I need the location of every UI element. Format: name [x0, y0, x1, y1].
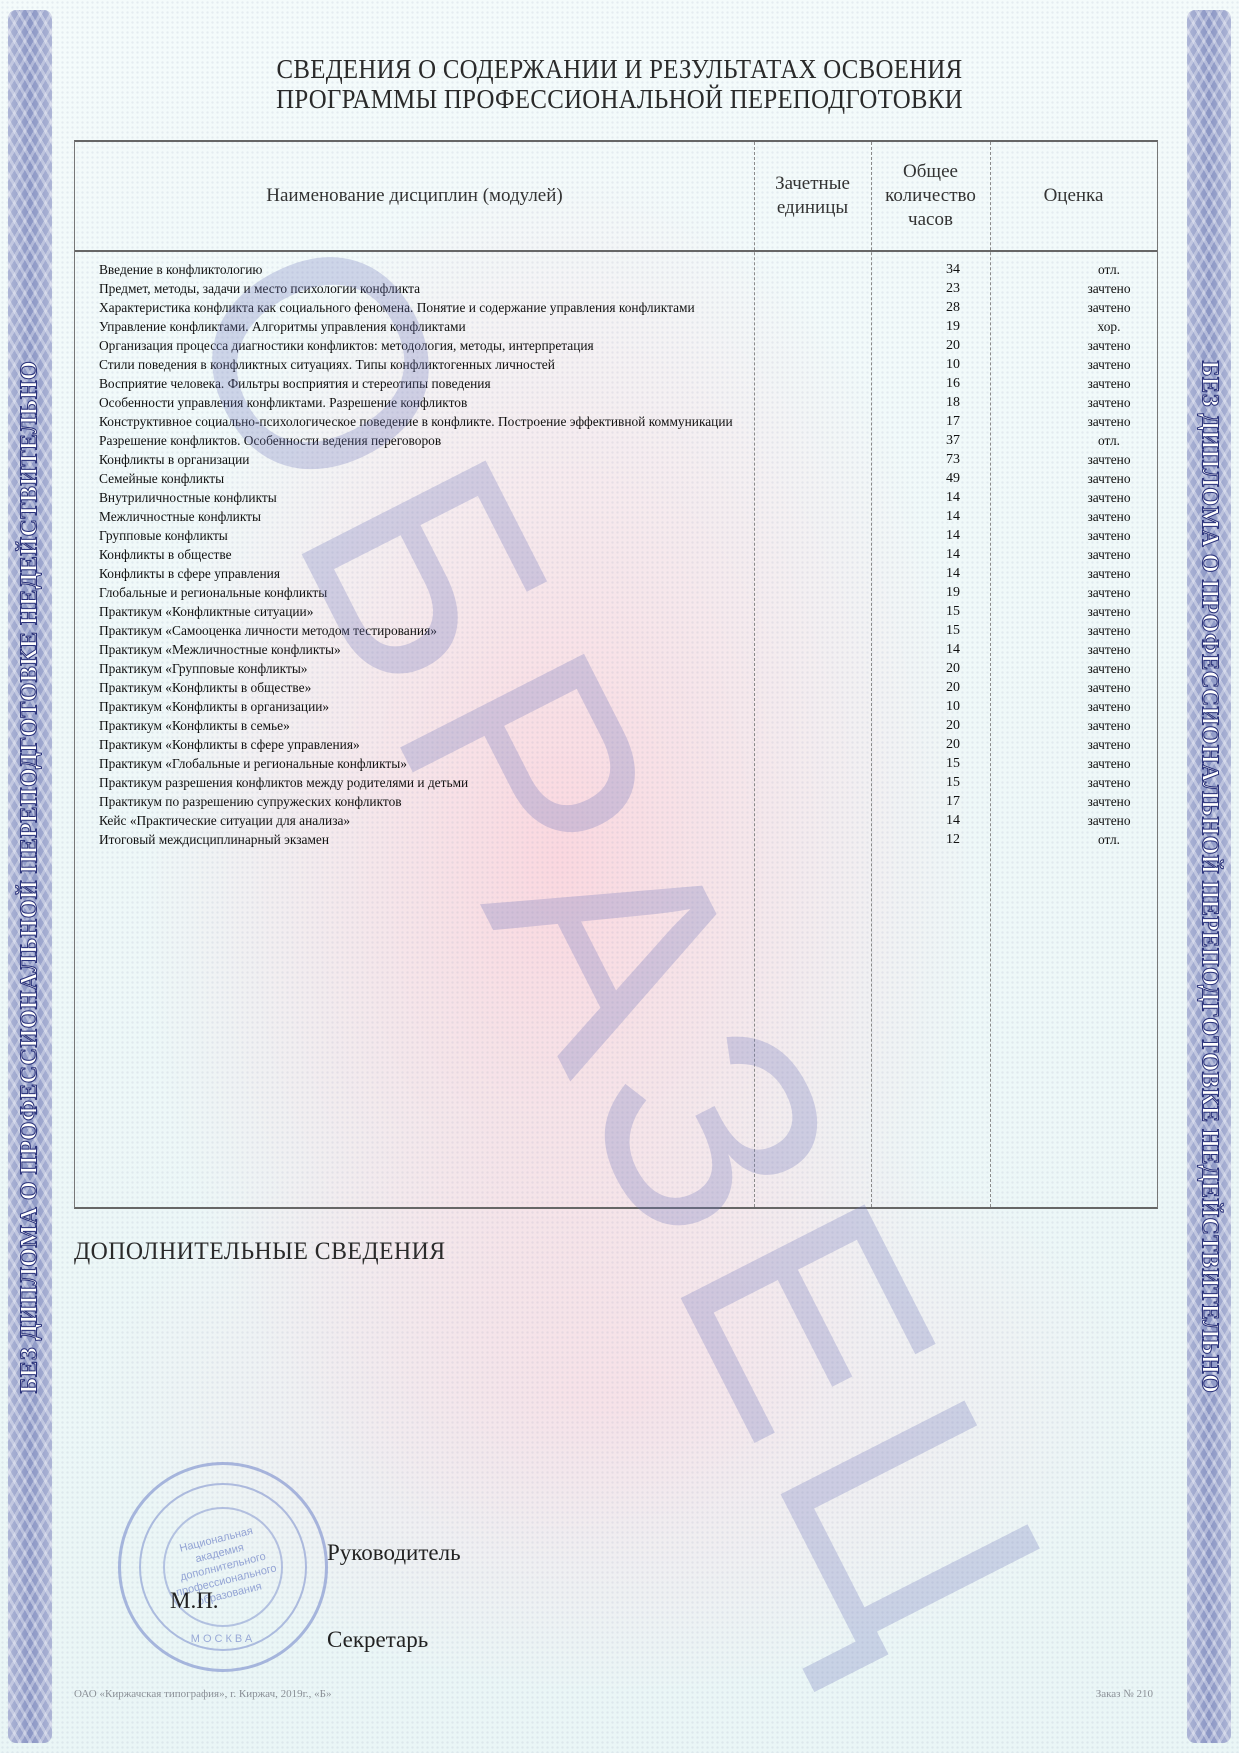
header-discipline-name: Наименование дисциплин (модулей) — [75, 142, 754, 250]
discipline-name: Практикум «Конфликты в сфере управления» — [99, 735, 739, 754]
printer-info: ОАО «Киржачская типография», г. Киржач, … — [74, 1688, 332, 1700]
discipline-hours: 14 — [933, 526, 973, 542]
discipline-name: Кейс «Практические ситуации для анализа» — [99, 811, 739, 830]
side-warning-text: БЕЗ ДИПЛОМА О ПРОФЕССИОНАЛЬНОЙ ПЕРЕПОДГО… — [1196, 360, 1223, 1393]
table-row: Практикум «Межличностные конфликты»14зач… — [99, 640, 1157, 659]
discipline-hours: 15 — [933, 621, 973, 637]
discipline-grade: зачтено — [1069, 412, 1149, 428]
header-total-hours: Общее количество часов — [871, 142, 990, 250]
discipline-hours: 20 — [933, 336, 973, 352]
table-row: Итоговый междисциплинарный экзамен12отл. — [99, 830, 1157, 849]
discipline-grade: хор. — [1069, 317, 1149, 333]
discipline-name: Предмет, методы, задачи и место психолог… — [99, 279, 739, 298]
discipline-name: Восприятие человека. Фильтры восприятия … — [99, 374, 739, 393]
discipline-name: Практикум «Конфликты в обществе» — [99, 678, 739, 697]
discipline-name: Практикум «Конфликты в семье» — [99, 716, 739, 735]
discipline-name: Разрешение конфликтов. Особенности веден… — [99, 431, 739, 450]
discipline-name: Конструктивное социально-психологическое… — [99, 412, 739, 431]
table-row: Восприятие человека. Фильтры восприятия … — [99, 374, 1157, 393]
discipline-hours: 18 — [933, 393, 973, 409]
discipline-hours: 20 — [933, 678, 973, 694]
table-row: Предмет, методы, задачи и место психолог… — [99, 279, 1157, 298]
discipline-grade: зачтено — [1069, 659, 1149, 675]
discipline-name: Практикум «Конфликты в организации» — [99, 697, 739, 716]
table-row: Практикум «Конфликты в семье»20зачтено — [99, 716, 1157, 735]
discipline-name: Характеристика конфликта как социального… — [99, 298, 739, 317]
secretary-signature-label: Секретарь — [327, 1627, 428, 1653]
right-security-border: БЕЗ ДИПЛОМА О ПРОФЕССИОНАЛЬНОЙ ПЕРЕПОДГО… — [1187, 10, 1231, 1743]
discipline-grade: зачтено — [1069, 355, 1149, 371]
table-row: Практикум «Конфликты в сфере управления»… — [99, 735, 1157, 754]
discipline-name: Практикум «Глобальные и региональные кон… — [99, 754, 739, 773]
table-row: Практикум «Глобальные и региональные кон… — [99, 754, 1157, 773]
discipline-grade: отл. — [1069, 431, 1149, 447]
table-row: Конструктивное социально-психологическое… — [99, 412, 1157, 431]
seal-city: МОСКВА — [191, 1633, 255, 1645]
table-row: Конфликты в сфере управления14зачтено — [99, 564, 1157, 583]
discipline-grade: зачтено — [1069, 716, 1149, 732]
side-warning-text: БЕЗ ДИПЛОМА О ПРОФЕССИОНАЛЬНОЙ ПЕРЕПОДГО… — [17, 360, 44, 1393]
discipline-grade: зачтено — [1069, 507, 1149, 523]
discipline-grade: зачтено — [1069, 792, 1149, 808]
discipline-name: Итоговый междисциплинарный экзамен — [99, 830, 739, 849]
table-row: Групповые конфликты14зачтено — [99, 526, 1157, 545]
discipline-name: Конфликты в сфере управления — [99, 564, 739, 583]
discipline-hours: 14 — [933, 488, 973, 504]
discipline-hours: 10 — [933, 355, 973, 371]
disciplines-table: Наименование дисциплин (модулей) Зачетны… — [74, 140, 1158, 1209]
discipline-hours: 17 — [933, 412, 973, 428]
table-row: Практикум «Конфликтные ситуации»15зачтен… — [99, 602, 1157, 621]
discipline-grade: зачтено — [1069, 564, 1149, 580]
seal-place-label: М.П. — [170, 1588, 219, 1614]
discipline-name: Практикум «Самооценка личности методом т… — [99, 621, 739, 640]
discipline-hours: 23 — [933, 279, 973, 295]
discipline-hours: 15 — [933, 773, 973, 789]
head-signature-label: Руководитель — [327, 1540, 461, 1566]
discipline-name: Организация процесса диагностики конфлик… — [99, 336, 739, 355]
discipline-hours: 20 — [933, 659, 973, 675]
discipline-grade: отл. — [1069, 260, 1149, 276]
discipline-grade: зачтено — [1069, 336, 1149, 352]
discipline-hours: 34 — [933, 260, 973, 276]
discipline-name: Практикум «Межличностные конфликты» — [99, 640, 739, 659]
discipline-grade: зачтено — [1069, 298, 1149, 314]
discipline-name: Групповые конфликты — [99, 526, 739, 545]
discipline-grade: зачтено — [1069, 773, 1149, 789]
discipline-grade: зачтено — [1069, 697, 1149, 713]
table-body: Введение в конфликтологию34отл.Предмет, … — [99, 260, 1157, 849]
discipline-grade: зачтено — [1069, 621, 1149, 637]
discipline-name: Семейные конфликты — [99, 469, 739, 488]
discipline-grade: зачтено — [1069, 811, 1149, 827]
discipline-hours: 17 — [933, 792, 973, 808]
discipline-grade: зачтено — [1069, 545, 1149, 561]
table-row: Практикум «Групповые конфликты»20зачтено — [99, 659, 1157, 678]
table-row: Практикум «Конфликты в обществе»20зачтен… — [99, 678, 1157, 697]
discipline-grade: зачтено — [1069, 583, 1149, 599]
table-row: Семейные конфликты49зачтено — [99, 469, 1157, 488]
table-row: Межличностные конфликты14зачтено — [99, 507, 1157, 526]
discipline-hours: 14 — [933, 507, 973, 523]
discipline-hours: 19 — [933, 317, 973, 333]
discipline-hours: 19 — [933, 583, 973, 599]
discipline-grade: зачтено — [1069, 735, 1149, 751]
discipline-grade: зачтено — [1069, 279, 1149, 295]
discipline-name: Управление конфликтами. Алгоритмы управл… — [99, 317, 739, 336]
discipline-grade: отл. — [1069, 830, 1149, 846]
discipline-hours: 14 — [933, 564, 973, 580]
discipline-hours: 12 — [933, 830, 973, 846]
table-row: Стили поведения в конфликтных ситуациях.… — [99, 355, 1157, 374]
left-security-border: БЕЗ ДИПЛОМА О ПРОФЕССИОНАЛЬНОЙ ПЕРЕПОДГО… — [8, 10, 52, 1743]
title-line-1: СВЕДЕНИЯ О СОДЕРЖАНИИ И РЕЗУЛЬТАТАХ ОСВО… — [50, 54, 1190, 84]
table-row: Особенности управления конфликтами. Разр… — [99, 393, 1157, 412]
discipline-grade: зачтено — [1069, 602, 1149, 618]
discipline-hours: 14 — [933, 811, 973, 827]
discipline-grade: зачтено — [1069, 374, 1149, 390]
table-row: Разрешение конфликтов. Особенности веден… — [99, 431, 1157, 450]
discipline-hours: 10 — [933, 697, 973, 713]
discipline-grade: зачтено — [1069, 488, 1149, 504]
table-row: Практикум «Самооценка личности методом т… — [99, 621, 1157, 640]
discipline-hours: 15 — [933, 754, 973, 770]
discipline-name: Внутриличностные конфликты — [99, 488, 739, 507]
discipline-grade: зачтено — [1069, 526, 1149, 542]
discipline-hours: 73 — [933, 450, 973, 466]
discipline-grade: зачтено — [1069, 469, 1149, 485]
discipline-grade: зачтено — [1069, 678, 1149, 694]
official-seal: Национальная академия дополнительного пр… — [118, 1462, 328, 1672]
table-row: Практикум по разрешению супружеских конф… — [99, 792, 1157, 811]
table-row: Практикум разрешения конфликтов между ро… — [99, 773, 1157, 792]
discipline-grade: зачтено — [1069, 754, 1149, 770]
discipline-hours: 49 — [933, 469, 973, 485]
discipline-hours: 28 — [933, 298, 973, 314]
discipline-grade: зачтено — [1069, 393, 1149, 409]
discipline-hours: 20 — [933, 735, 973, 751]
discipline-name: Конфликты в организации — [99, 450, 739, 469]
discipline-grade: зачтено — [1069, 640, 1149, 656]
discipline-hours: 14 — [933, 640, 973, 656]
title-line-2: ПРОГРАММЫ ПРОФЕССИОНАЛЬНОЙ ПЕРЕПОДГОТОВК… — [50, 84, 1190, 114]
table-row: Практикум «Конфликты в организации»10зач… — [99, 697, 1157, 716]
discipline-hours: 37 — [933, 431, 973, 447]
discipline-grade: зачтено — [1069, 450, 1149, 466]
header-divider — [75, 250, 1157, 252]
discipline-name: Конфликты в обществе — [99, 545, 739, 564]
table-row: Конфликты в организации73зачтено — [99, 450, 1157, 469]
discipline-hours: 14 — [933, 545, 973, 561]
page-title: СВЕДЕНИЯ О СОДЕРЖАНИИ И РЕЗУЛЬТАТАХ ОСВО… — [50, 54, 1190, 114]
table-row: Характеристика конфликта как социального… — [99, 298, 1157, 317]
discipline-name: Практикум «Групповые конфликты» — [99, 659, 739, 678]
header-credits: Зачетные единицы — [754, 142, 871, 250]
discipline-name: Практикум «Конфликтные ситуации» — [99, 602, 739, 621]
discipline-name: Практикум по разрешению супружеских конф… — [99, 792, 739, 811]
table-row: Введение в конфликтологию34отл. — [99, 260, 1157, 279]
discipline-name: Стили поведения в конфликтных ситуациях.… — [99, 355, 739, 374]
table-row: Организация процесса диагностики конфлик… — [99, 336, 1157, 355]
additional-info-title: ДОПОЛНИТЕЛЬНЫЕ СВЕДЕНИЯ — [74, 1238, 446, 1266]
discipline-hours: 16 — [933, 374, 973, 390]
discipline-name: Особенности управления конфликтами. Разр… — [99, 393, 739, 412]
table-row: Глобальные и региональные конфликты19зач… — [99, 583, 1157, 602]
discipline-hours: 15 — [933, 602, 973, 618]
header-grade: Оценка — [990, 142, 1157, 250]
discipline-hours: 20 — [933, 716, 973, 732]
table-row: Кейс «Практические ситуации для анализа»… — [99, 811, 1157, 830]
table-row: Конфликты в обществе14зачтено — [99, 545, 1157, 564]
discipline-name: Практикум разрешения конфликтов между ро… — [99, 773, 739, 792]
table-row: Управление конфликтами. Алгоритмы управл… — [99, 317, 1157, 336]
discipline-name: Межличностные конфликты — [99, 507, 739, 526]
order-number: Заказ № 210 — [1096, 1688, 1153, 1700]
discipline-name: Глобальные и региональные конфликты — [99, 583, 739, 602]
table-row: Внутриличностные конфликты14зачтено — [99, 488, 1157, 507]
discipline-name: Введение в конфликтологию — [99, 260, 739, 279]
